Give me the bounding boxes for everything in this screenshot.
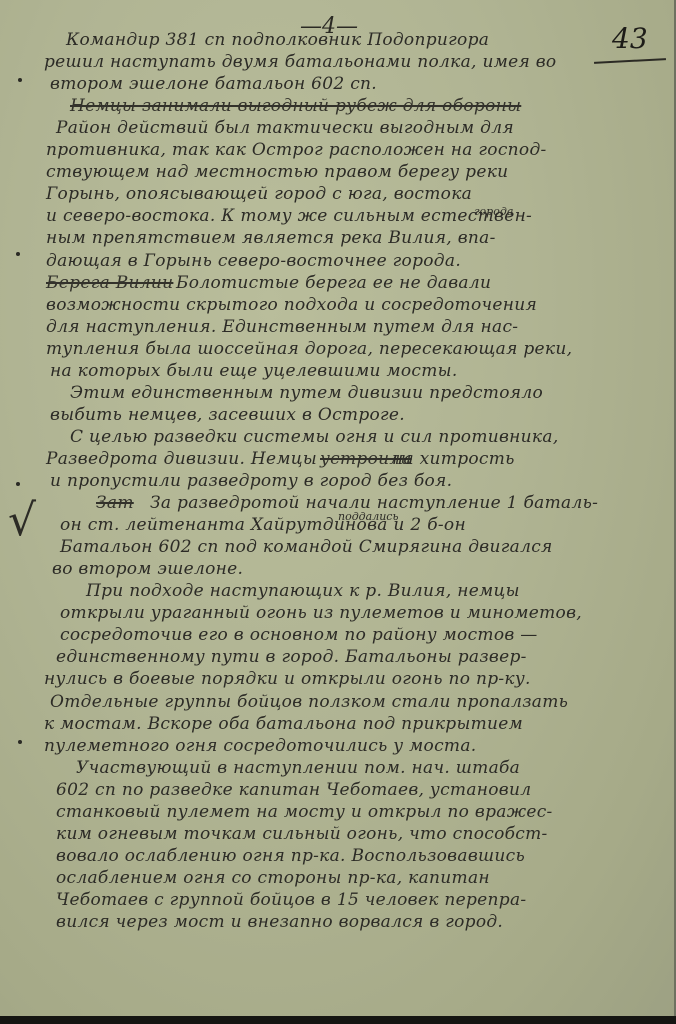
interlinear-insert: города [474,205,513,218]
document-page: —4— 43 √ Командир 381 сп подполковник По… [0,0,676,1016]
text-line: вился через мост и внезапно ворвался в г… [56,912,503,932]
text-line: Командир 381 сп подполковник Подопригора [66,30,489,50]
text-line: Разведрота дивизии. Немцы [46,449,317,469]
text-line: он ст. лейтенанта Хайрутдинова и 2 б-он [60,515,466,535]
text-line: решил наступать двумя батальонами полка,… [44,52,556,72]
archive-number-underline [594,58,666,64]
punch-hole-mark [18,740,22,744]
text-line: ослаблением огня со стороны пр-ка, капит… [56,868,490,888]
struck-text-line: Зат [96,493,134,513]
text-line: выбить немцев, засевших в Остроге. [50,405,405,425]
text-line: единственному пути в город. Батальоны ра… [56,647,527,667]
margin-checkmark-icon: √ [8,495,36,546]
text-line: открыли ураганный огонь из пулеметов и м… [60,603,582,623]
text-line: противника, так как Острог расположен на… [46,140,547,160]
text-line: нулись в боевые порядки и открыли огонь … [44,669,531,689]
text-line: возможности скрытого подхода и сосредото… [46,295,537,315]
text-line: ным препятствием является река Вилия, вп… [46,228,496,248]
text-line: При подходе наступающих к р. Вилия, немц… [86,581,520,601]
text-line: Батальон 602 сп под командой Смирягина д… [60,537,553,557]
text-line: к мостам. Вскоре оба батальона под прикр… [44,714,523,734]
text-line: Этим единственным путем дивизии предстоя… [70,383,543,403]
punch-hole-mark [18,78,22,82]
text-line: и пропустили разведроту в город без боя. [50,471,452,491]
text-line: втором эшелоне батальон 602 сп. [50,74,377,94]
text-line: Болотистые берега ее не давали [176,273,491,293]
text-line: Отдельные группы бойцов ползком стали пр… [50,692,568,712]
text-line: С целью разведки системы огня и сил прот… [70,427,559,447]
text-line: на хитрость [392,449,515,469]
text-line: на которых были еще уцелевшими мосты. [50,361,458,381]
text-line: вовало ослаблению огня пр-ка. Воспользов… [56,846,525,866]
text-line: Район действий был тактически выгодным д… [56,118,514,138]
text-line: Чеботаев с группой бойцов в 15 человек п… [56,890,526,910]
text-line: во втором эшелоне. [52,559,243,579]
struck-text-line: Берега Вилии [46,273,173,293]
text-line: Участвующий в наступлении пом. нач. штаб… [76,758,520,778]
text-line: Горынь, опоясывающей город с юга, восток… [46,184,472,204]
text-line: и северо-востока. К тому же сильным есте… [46,206,532,226]
text-line: пулеметного огня сосредоточились у моста… [44,736,476,756]
text-line: ким огневым точкам сильный огонь, что сп… [56,824,548,844]
interlinear-insert: поддались [338,510,398,523]
text-line: тупления была шоссейная дорога, пересека… [46,339,572,359]
archive-sheet-number: 43 [612,22,648,55]
text-line: для наступления. Единственным путем для … [46,317,518,337]
struck-text-line: Немцы занимали выгодный рубеж для оборон… [70,96,521,116]
text-line: 602 сп по разведке капитан Чеботаев, уст… [56,780,531,800]
text-line: станковый пулемет на мосту и открыл по в… [56,802,553,822]
text-line: ствующем над местностью правом берегу ре… [46,162,508,182]
punch-hole-mark [16,252,20,256]
text-line: дающая в Горынь северо-восточнее города. [46,251,461,271]
punch-hole-mark [16,482,20,486]
text-line: сосредоточив его в основном по району мо… [60,625,538,645]
scan-bottom-edge [0,1016,676,1024]
